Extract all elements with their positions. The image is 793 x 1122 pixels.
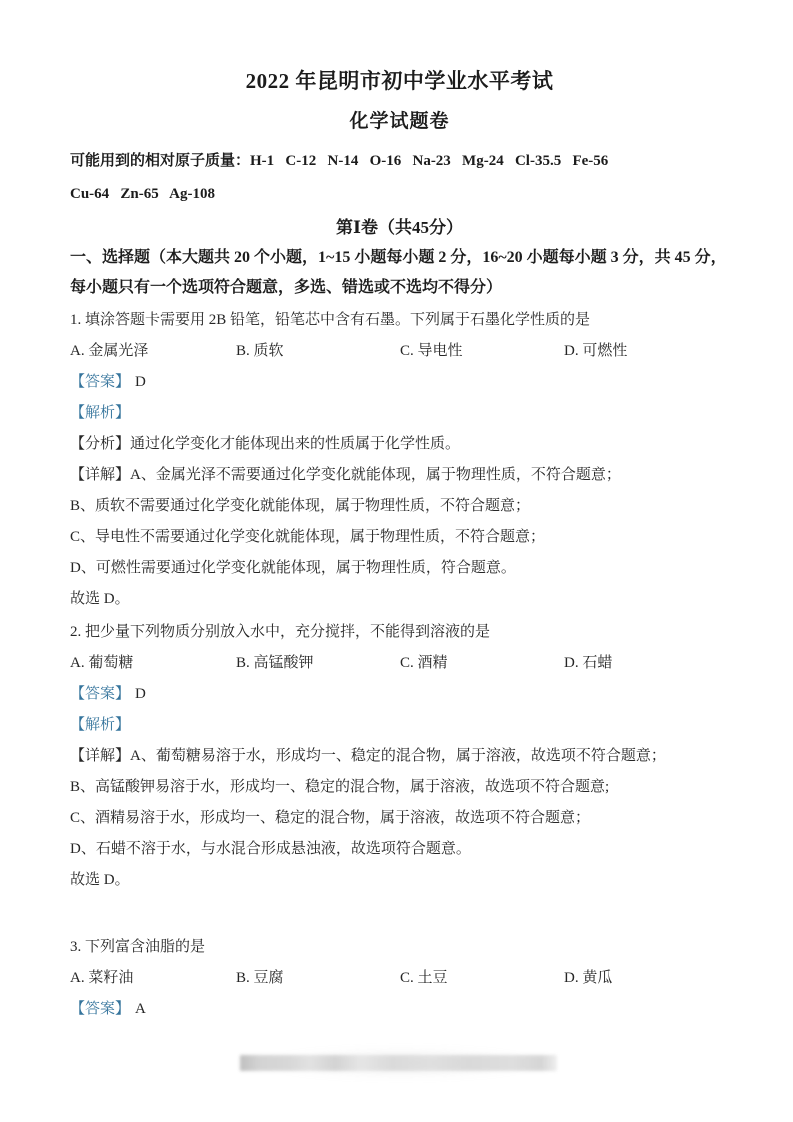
question-2-answer-value: D [135,686,146,702]
question-2-options: A. 葡萄糖 B. 高锰酸钾 C. 酒精 D. 石蜡 [70,648,729,679]
question-1-option-a: A. 金属光泽 [70,336,236,367]
answer-label: 【答案】 [70,374,130,390]
question-2-stem: 2. 把少量下列物质分别放入水中，充分搅拌，不能得到溶液的是 [70,617,729,648]
question-1-explanation-line: 【详解】A、金属光泽不需要通过化学变化就能体现，属于物理性质，不符合题意； [70,460,729,491]
question-2-option-c: C. 酒精 [400,648,564,679]
question-1: 1. 填涂答题卡需要用 2B 铅笔，铅笔芯中含有石墨。下列属于石墨化学性质的是 … [70,305,729,615]
answer-label: 【答案】 [70,1001,130,1017]
question-1-answer-line: 【答案】D [70,367,729,398]
question-1-explanation-line: B、质软不需要通过化学变化就能体现，属于物理性质，不符合题意； [70,491,729,522]
question-2-option-a: A. 葡萄糖 [70,648,236,679]
question-1-analysis-line: 【解析】 [70,398,729,429]
question-3-option-b: B. 豆腐 [236,963,400,994]
watermark-bar [240,1055,557,1071]
question-1-option-c: C. 导电性 [400,336,564,367]
question-1-conclusion: 故选 D。 [70,584,729,615]
question-1-stem: 1. 填涂答题卡需要用 2B 铅笔，铅笔芯中含有石墨。下列属于石墨化学性质的是 [70,305,729,336]
question-3-option-c: C. 土豆 [400,963,564,994]
question-2-explanation-line: 【详解】A、葡萄糖易溶于水，形成均一、稳定的混合物，属于溶液，故选项不符合题意； [70,741,729,772]
section-header: 第Ⅰ卷（共45分） [70,213,729,243]
atomic-mass-line-2: Cu-64 Zn-65 Ag-108 [70,179,729,209]
question-2-option-d: D. 石蜡 [564,648,729,679]
page-title: 2022 年昆明市初中学业水平考试 [70,66,729,96]
question-1-explanation-line: C、导电性不需要通过化学变化就能体现，属于物理性质，不符合题意； [70,522,729,553]
analysis-label: 【解析】 [70,717,130,733]
atomic-mass-line-1: 可能用到的相对原子质量：H-1 C-12 N-14 O-16 Na-23 Mg-… [70,146,729,176]
exam-document: 2022 年昆明市初中学业水平考试 化学试题卷 可能用到的相对原子质量：H-1 … [0,0,793,1025]
question-2-explanation-line: B、高锰酸钾易溶于水，形成均一、稳定的混合物，属于溶液，故选项不符合题意; [70,772,729,803]
question-2-explanation-line: C、酒精易溶于水，形成均一、稳定的混合物，属于溶液，故选项不符合题意； [70,803,729,834]
question-2-analysis-line: 【解析】 [70,710,729,741]
question-1-explanation-line: 【分析】通过化学变化才能体现出来的性质属于化学性质。 [70,429,729,460]
section-instruction-line-1: 一、选择题（本大题共 20 个小题，1~15 小题每小题 2 分，16~20 小… [70,243,729,273]
question-3-option-a: A. 菜籽油 [70,963,236,994]
question-3: 3. 下列富含油脂的是 A. 菜籽油 B. 豆腐 C. 土豆 D. 黄瓜 【答案… [70,932,729,1025]
page-subtitle: 化学试题卷 [70,108,729,136]
question-2-answer-line: 【答案】D [70,679,729,710]
analysis-label: 【解析】 [70,405,130,421]
question-3-answer-value: A [135,1001,146,1017]
question-3-stem: 3. 下列富含油脂的是 [70,932,729,963]
question-1-explanation-line: D、可燃性需要通过化学变化就能体现，属于物理性质，符合题意。 [70,553,729,584]
section-instruction-line-2: 每小题只有一个选项符合题意，多选、错选或不选均不得分） [70,273,729,303]
question-2: 2. 把少量下列物质分别放入水中，充分搅拌，不能得到溶液的是 A. 葡萄糖 B.… [70,617,729,896]
question-1-options: A. 金属光泽 B. 质软 C. 导电性 D. 可燃性 [70,336,729,367]
answer-label: 【答案】 [70,686,130,702]
question-2-explanation-line: D、石蜡不溶于水，与水混合形成悬浊液，故选项符合题意。 [70,834,729,865]
question-2-option-b: B. 高锰酸钾 [236,648,400,679]
question-1-option-d: D. 可燃性 [564,336,729,367]
question-3-options: A. 菜籽油 B. 豆腐 C. 土豆 D. 黄瓜 [70,963,729,994]
question-3-option-d: D. 黄瓜 [564,963,729,994]
question-2-conclusion: 故选 D。 [70,865,729,896]
question-3-answer-line: 【答案】A [70,994,729,1025]
question-1-option-b: B. 质软 [236,336,400,367]
question-1-answer-value: D [135,374,146,390]
